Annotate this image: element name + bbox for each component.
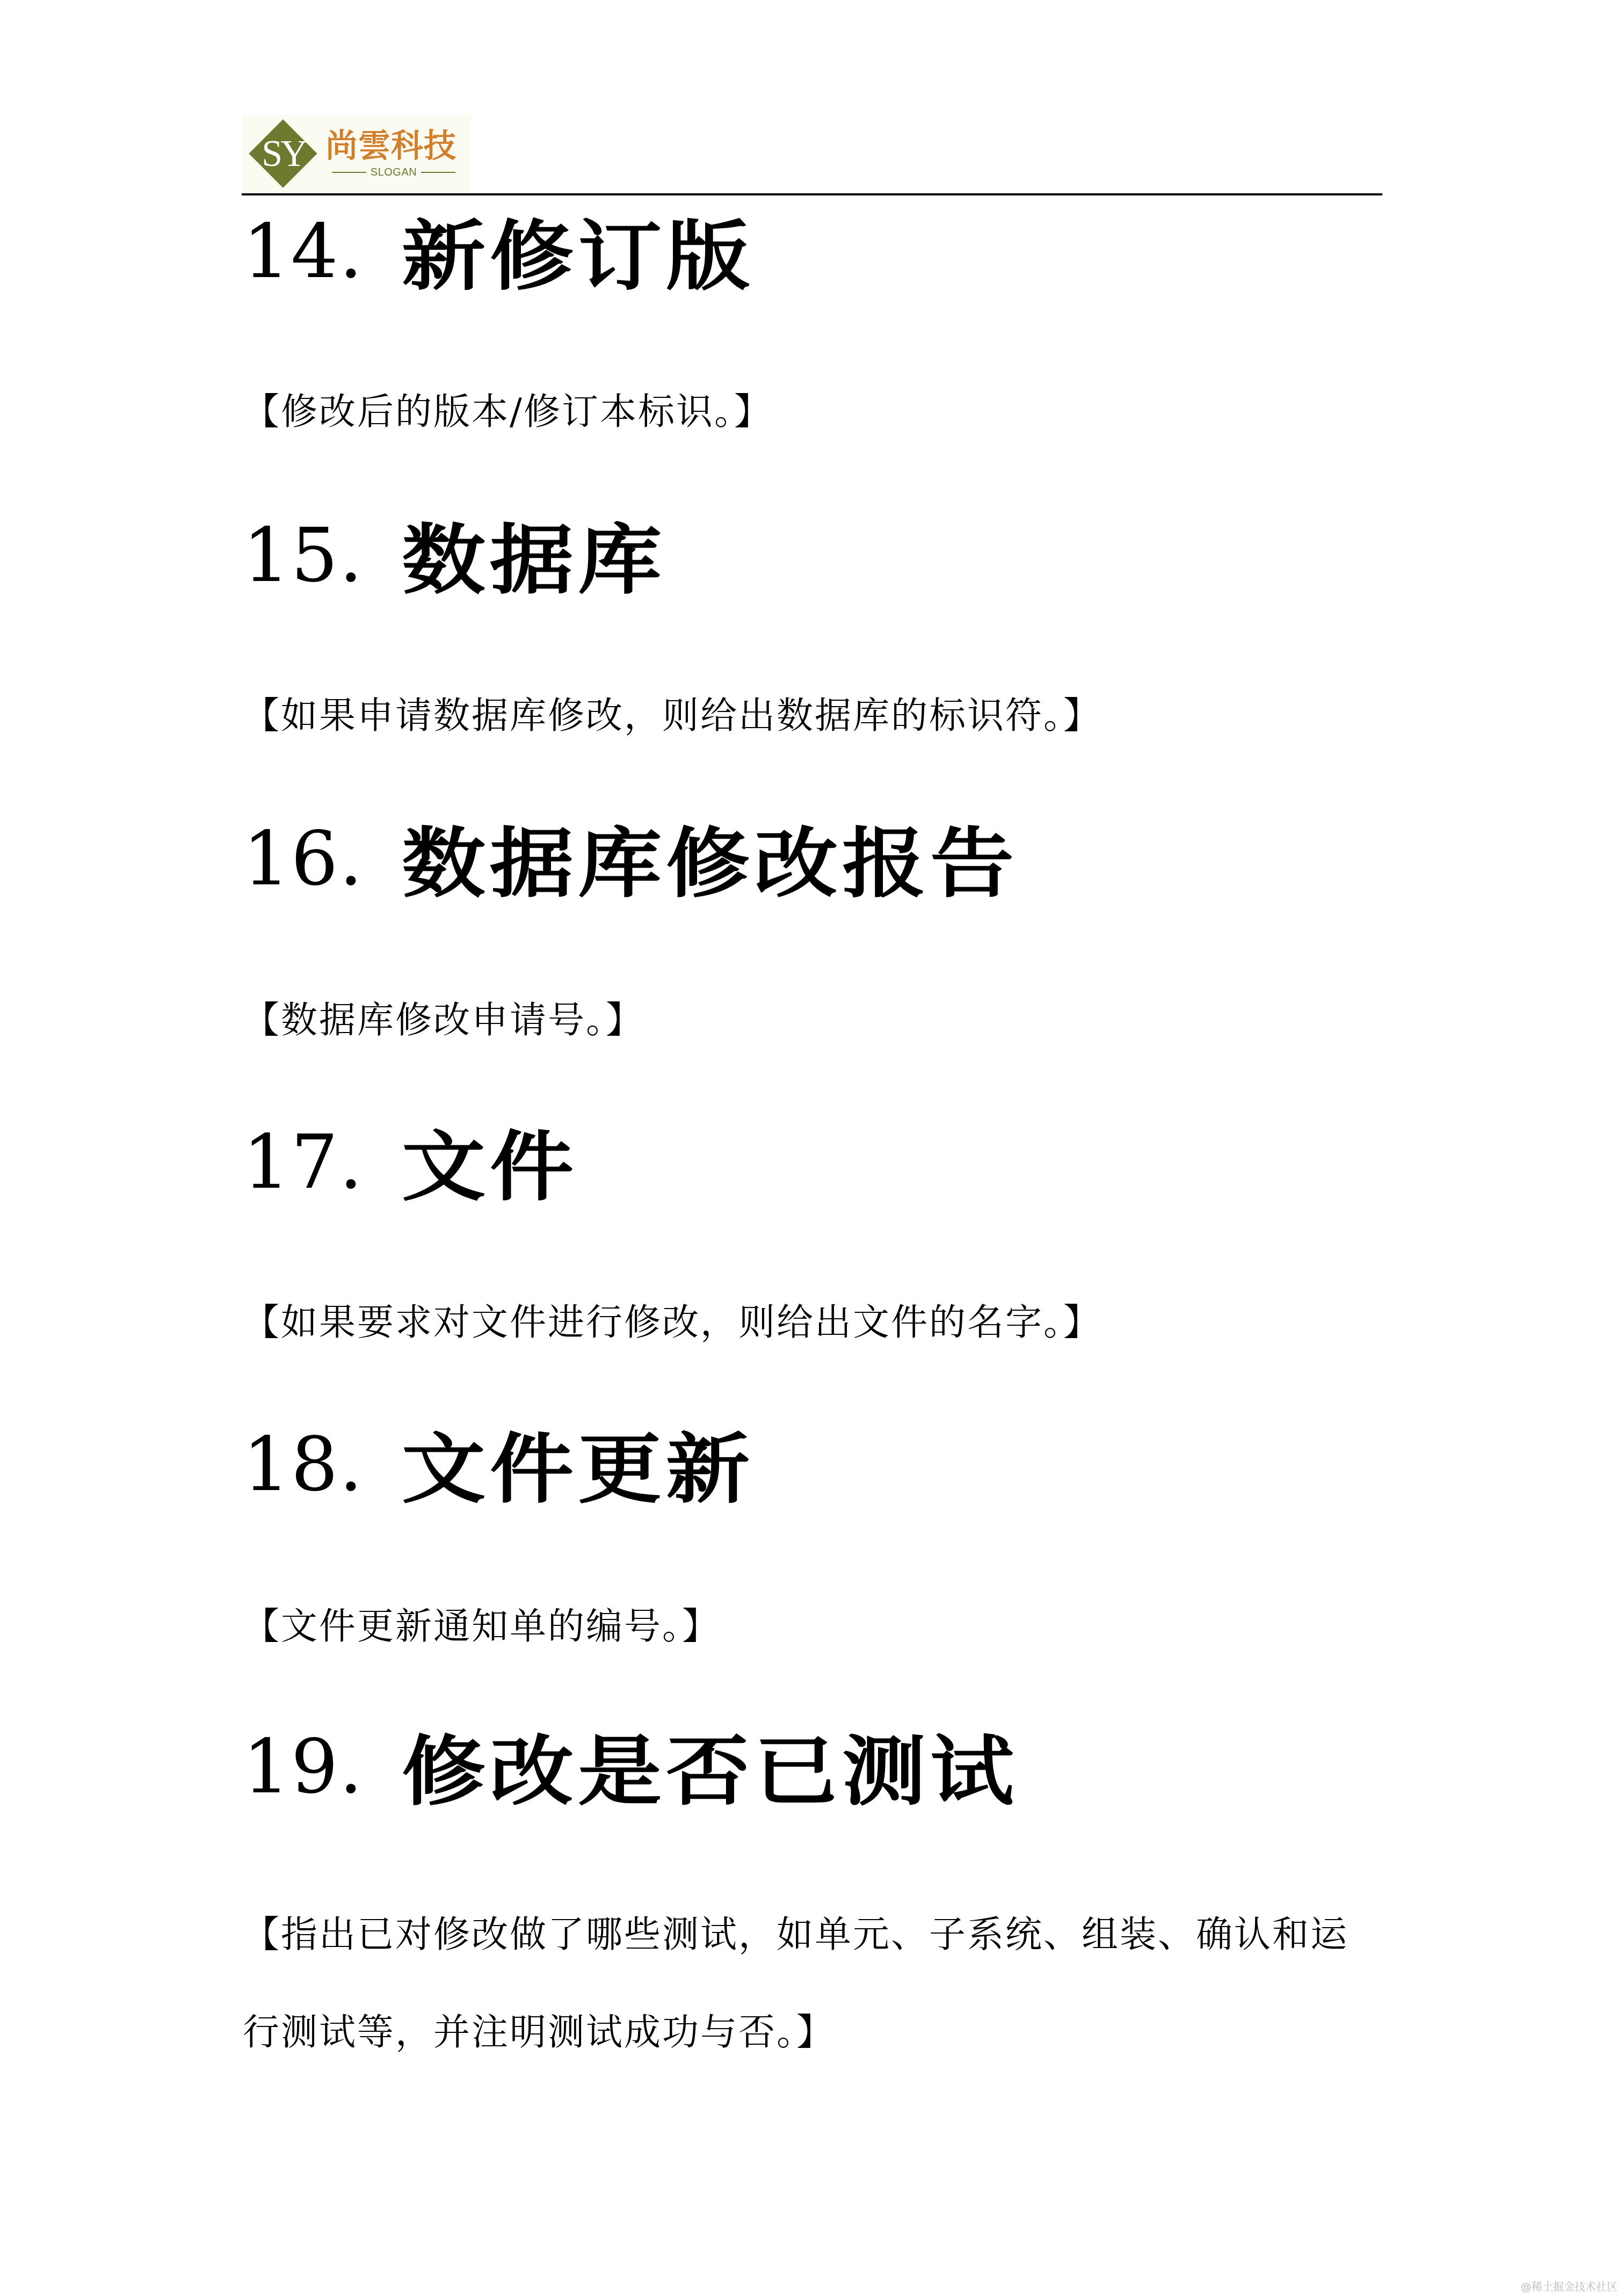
logo-slogan: SLOGAN [332, 166, 455, 178]
section-heading-19: 19. 修改是否已测试 [243, 1721, 1018, 1813]
section-title: 修改是否已测试 [402, 1731, 1018, 1813]
section-number: 14. [243, 206, 402, 297]
slogan-line-left [332, 172, 366, 173]
section-heading-16: 16. 数据库修改报告 [243, 813, 1018, 905]
section-title: 文件 [402, 1126, 578, 1208]
section-heading-14: 14. 新修订版 [243, 206, 754, 297]
section-description-18: 【文件更新通知单的编号。】 [243, 1578, 1382, 1676]
company-logo: SY 尚雲科技 SLOGAN [243, 115, 470, 192]
section-number: 15. [243, 510, 402, 601]
document-page: SY 尚雲科技 SLOGAN 14. 新修订版 【修改后的版本/修订本标识。】 … [0, 0, 1624, 2296]
section-heading-18: 18. 文件更新 [243, 1419, 754, 1510]
slogan-text: SLOGAN [371, 166, 417, 178]
section-number: 17. [243, 1117, 402, 1208]
section-description-17: 【如果要求对文件进行修改，则给出文件的名字。】 [243, 1274, 1382, 1372]
section-title: 新修订版 [402, 215, 754, 297]
section-description-14: 【修改后的版本/修订本标识。】 [243, 364, 1382, 461]
logo-monogram: SY [251, 135, 316, 173]
section-number: 18. [243, 1419, 402, 1510]
logo-company-name: 尚雲科技 [325, 129, 456, 163]
section-title: 文件更新 [402, 1428, 754, 1510]
section-title: 数据库修改报告 [402, 823, 1018, 905]
section-number: 19. [243, 1721, 402, 1813]
section-description-16: 【数据库修改申请号。】 [243, 972, 1382, 1070]
section-title: 数据库 [402, 519, 666, 601]
section-description-19: 【指出已对修改做了哪些测试，如单元、子系统、组装、确认和运行测试等，并注明测试成… [243, 1886, 1382, 2082]
slogan-line-right [421, 172, 455, 173]
watermark: @稀土掘金技术社区 [1521, 2280, 1618, 2294]
section-description-15: 【如果申请数据库修改，则给出数据库的标识符。】 [243, 667, 1382, 765]
section-heading-15: 15. 数据库 [243, 510, 666, 601]
section-number: 16. [243, 813, 402, 905]
section-heading-17: 17. 文件 [243, 1117, 578, 1208]
header-divider [242, 193, 1382, 195]
